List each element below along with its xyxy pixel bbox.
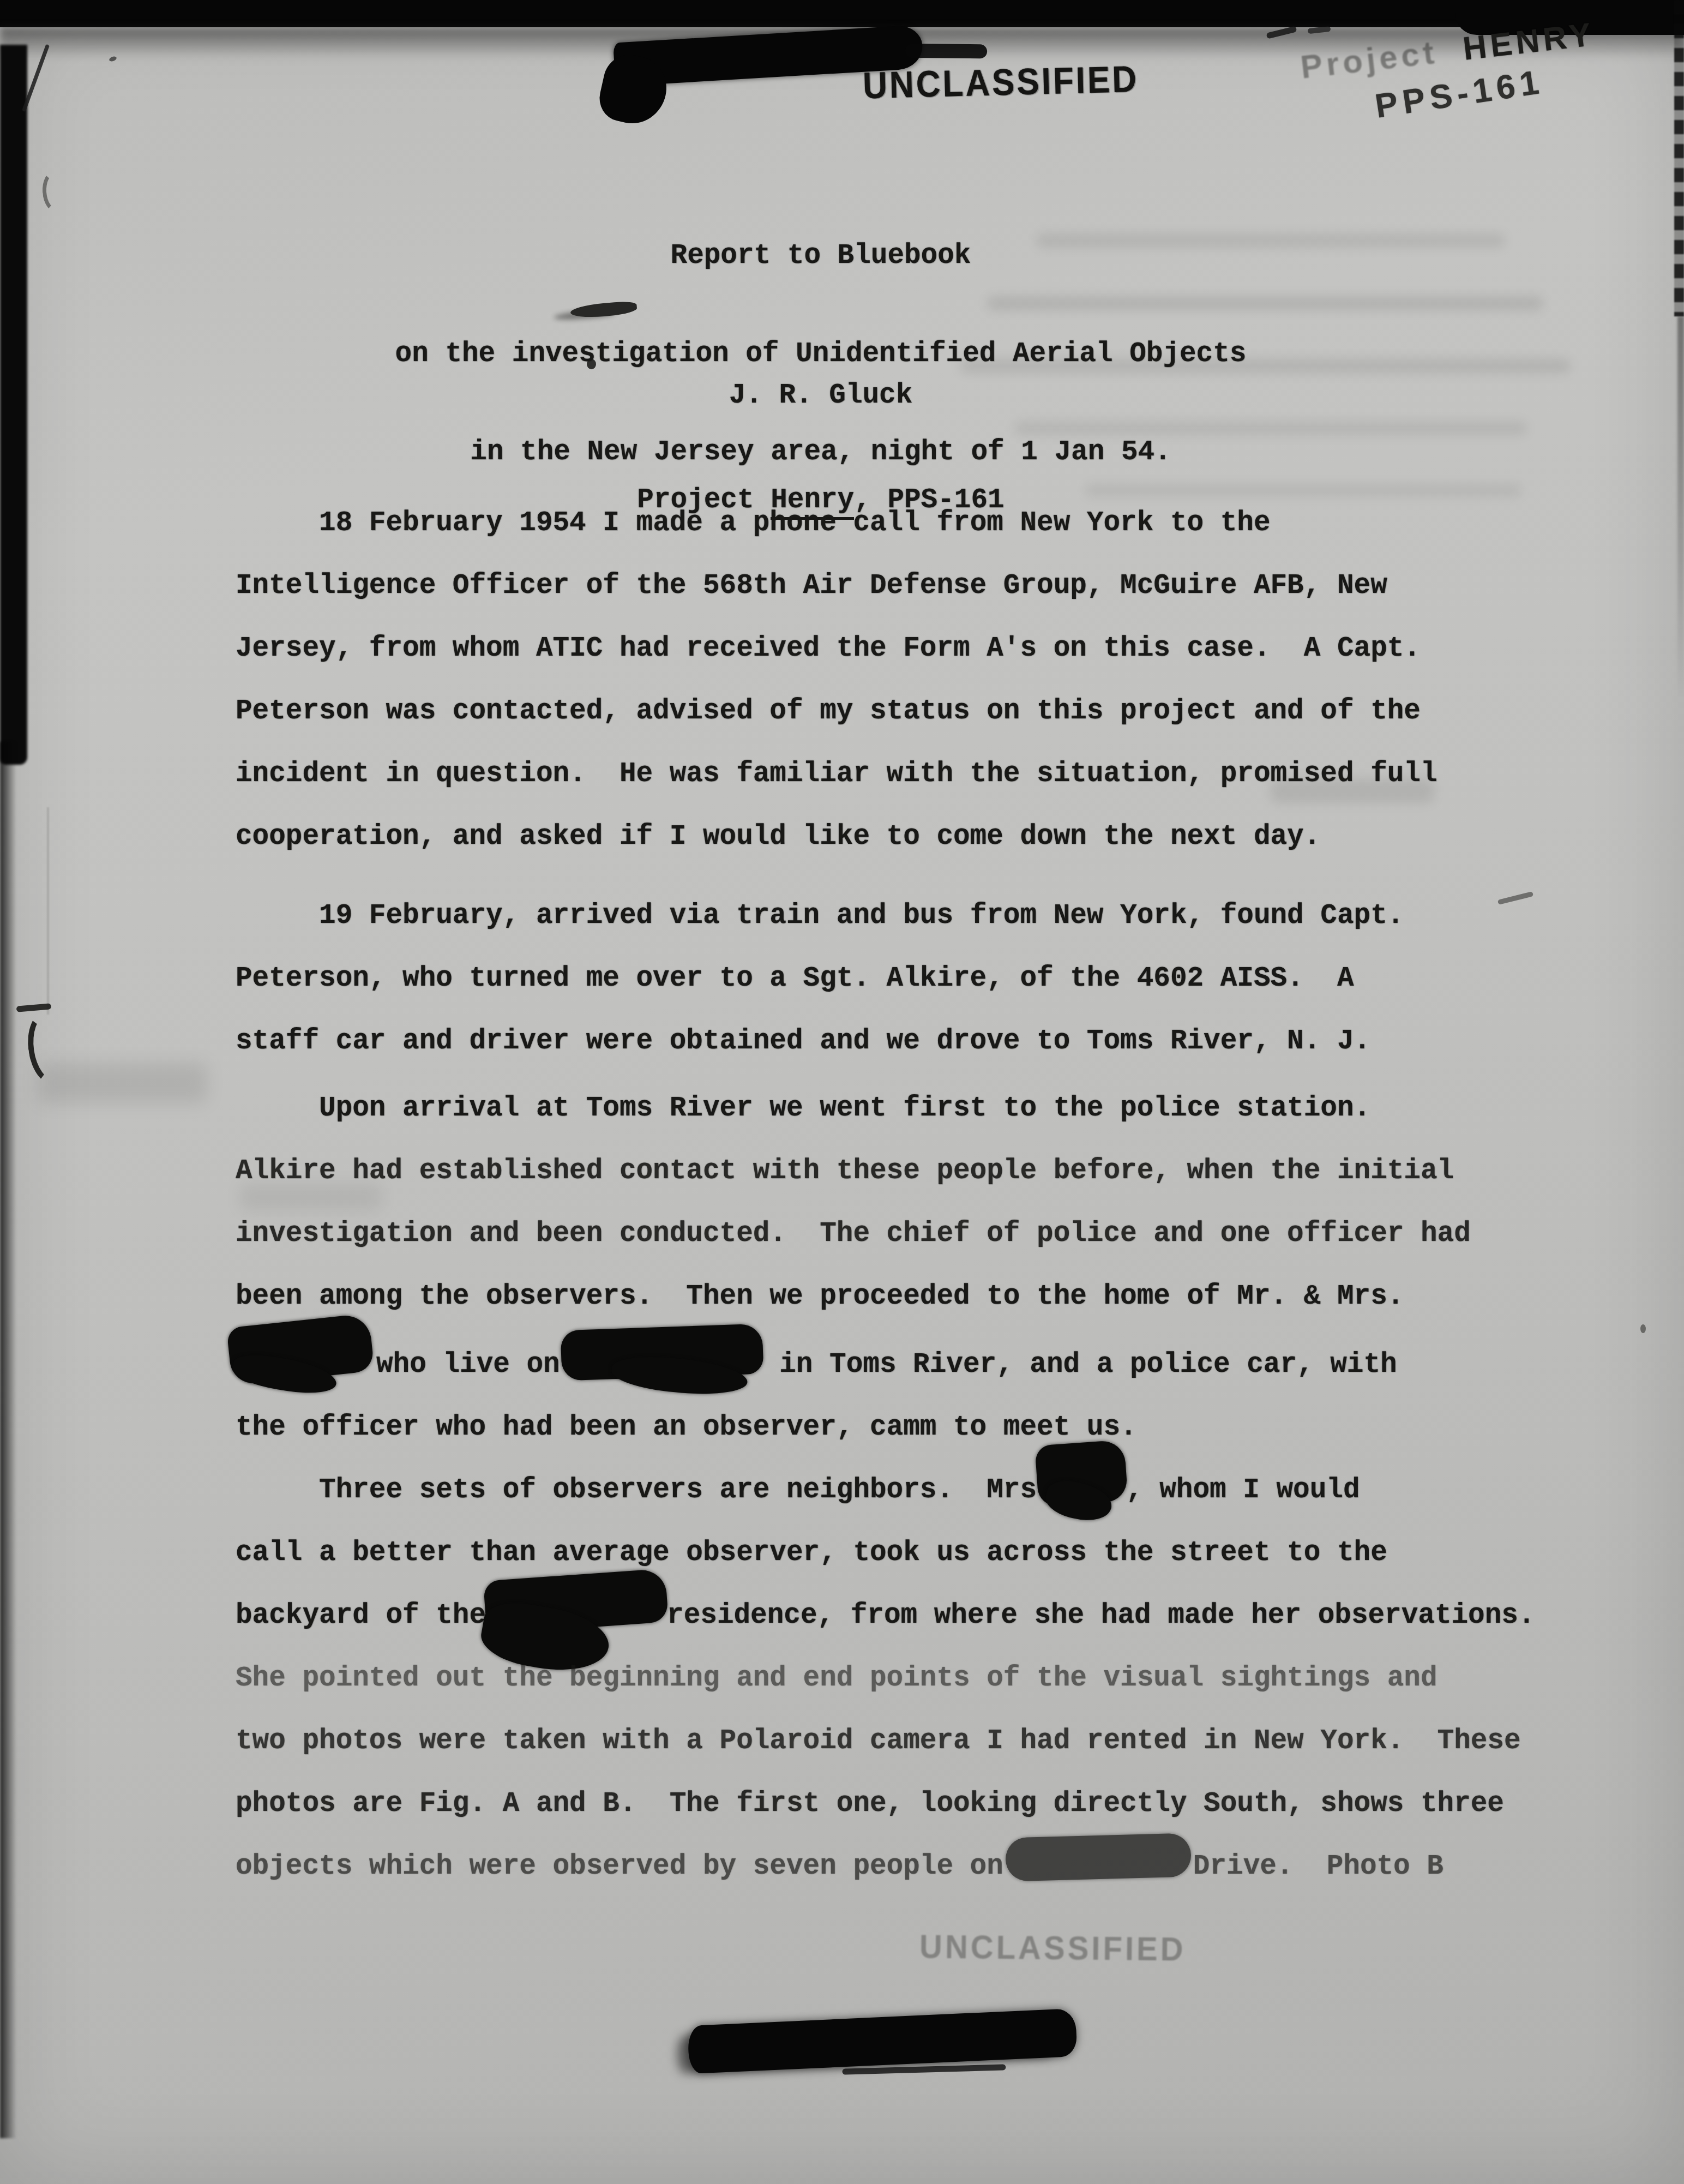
scan-edge-right-lower bbox=[1677, 316, 1684, 698]
body-line: cooperation, and asked if I would like t… bbox=[236, 806, 1544, 868]
ink-speck bbox=[1640, 1324, 1646, 1333]
scan-edge-left bbox=[0, 45, 27, 765]
paper-crease bbox=[47, 807, 49, 1015]
body-text-segment: Drive. Photo B bbox=[1193, 1851, 1444, 1882]
body-line: Jersey, from whom ATIC had received the … bbox=[236, 617, 1544, 680]
redaction-bar bbox=[487, 1594, 663, 1626]
scanned-document-page: UNCLASSIFIED Project HENRY PPS-161 Repor… bbox=[0, 0, 1684, 2184]
scan-edge-right bbox=[1674, 0, 1684, 316]
body-line-redacted: Three sets of observers are neighbors. M… bbox=[236, 1459, 1544, 1522]
body-line-redacted: backyard of theresidence, from where she… bbox=[236, 1585, 1544, 1647]
unclassified-stamp-top: UNCLASSIFIED bbox=[862, 58, 1139, 107]
redaction-bar bbox=[233, 1343, 371, 1375]
bleedthrough-smudge bbox=[38, 1063, 207, 1103]
body-text-segment: objects which were observed by seven peo… bbox=[236, 1851, 1003, 1882]
body-line: been among the observers. Then we procee… bbox=[236, 1265, 1544, 1328]
body-line: Peterson, who turned me over to a Sgt. A… bbox=[236, 947, 1544, 1010]
body-line: Peterson was contacted, advised of my st… bbox=[236, 680, 1544, 743]
scan-edge-left-lower bbox=[0, 742, 16, 2138]
report-body: 18 February 1954 I made a phone call fro… bbox=[236, 492, 1544, 1898]
body-line: investigation and been conducted. The ch… bbox=[236, 1203, 1544, 1265]
body-line: Upon arrival at Toms River we went first… bbox=[236, 1077, 1544, 1140]
body-line: Intelligence Officer of the 568th Air De… bbox=[236, 555, 1544, 617]
body-text-segment: who live on bbox=[376, 1349, 560, 1381]
body-text-segment: residence, from where she had made her o… bbox=[667, 1600, 1535, 1631]
redaction-bar bbox=[687, 2008, 1077, 2074]
scan-edge-top bbox=[0, 0, 1684, 27]
body-line-redacted: who live on in Toms River, and a police … bbox=[236, 1334, 1544, 1396]
unclassified-stamp-bottom: UNCLASSIFIED bbox=[919, 1927, 1186, 1969]
body-line: 19 February, arrived via train and bus f… bbox=[236, 885, 1544, 947]
body-text-segment: , whom I would bbox=[1126, 1475, 1360, 1506]
body-line: staff car and driver were obtained and w… bbox=[236, 1010, 1544, 1073]
body-text-segment: backyard of the bbox=[236, 1600, 486, 1631]
body-line: She pointed out the beginning and end po… bbox=[236, 1647, 1544, 1710]
body-line: photos are Fig. A and B. The first one, … bbox=[236, 1773, 1544, 1835]
body-line: incident in question. He was familiar wi… bbox=[236, 743, 1544, 806]
body-text-segment: Three sets of observers are neighbors. M… bbox=[236, 1475, 1037, 1506]
body-line: two photos were taken with a Polaroid ca… bbox=[236, 1710, 1544, 1773]
pencil-paren-mark bbox=[41, 169, 71, 213]
body-line: call a better than average observer, too… bbox=[236, 1522, 1544, 1585]
title-line-1: Report to Bluebook bbox=[213, 240, 1429, 273]
body-line: Alkire had established contact with thes… bbox=[236, 1140, 1544, 1203]
redaction-bar bbox=[1008, 1845, 1189, 1877]
body-line: 18 February 1954 I made a phone call fro… bbox=[236, 492, 1544, 555]
author-name: J. R. Gluck bbox=[213, 379, 1429, 413]
body-line-redacted: objects which were observed by seven peo… bbox=[236, 1835, 1544, 1898]
body-text-segment: in Toms River, and a police car, with bbox=[763, 1349, 1397, 1381]
redaction-bar bbox=[1040, 1469, 1123, 1501]
redaction-bar bbox=[563, 1343, 760, 1375]
body-line: the officer who had been an observer, ca… bbox=[236, 1396, 1544, 1459]
